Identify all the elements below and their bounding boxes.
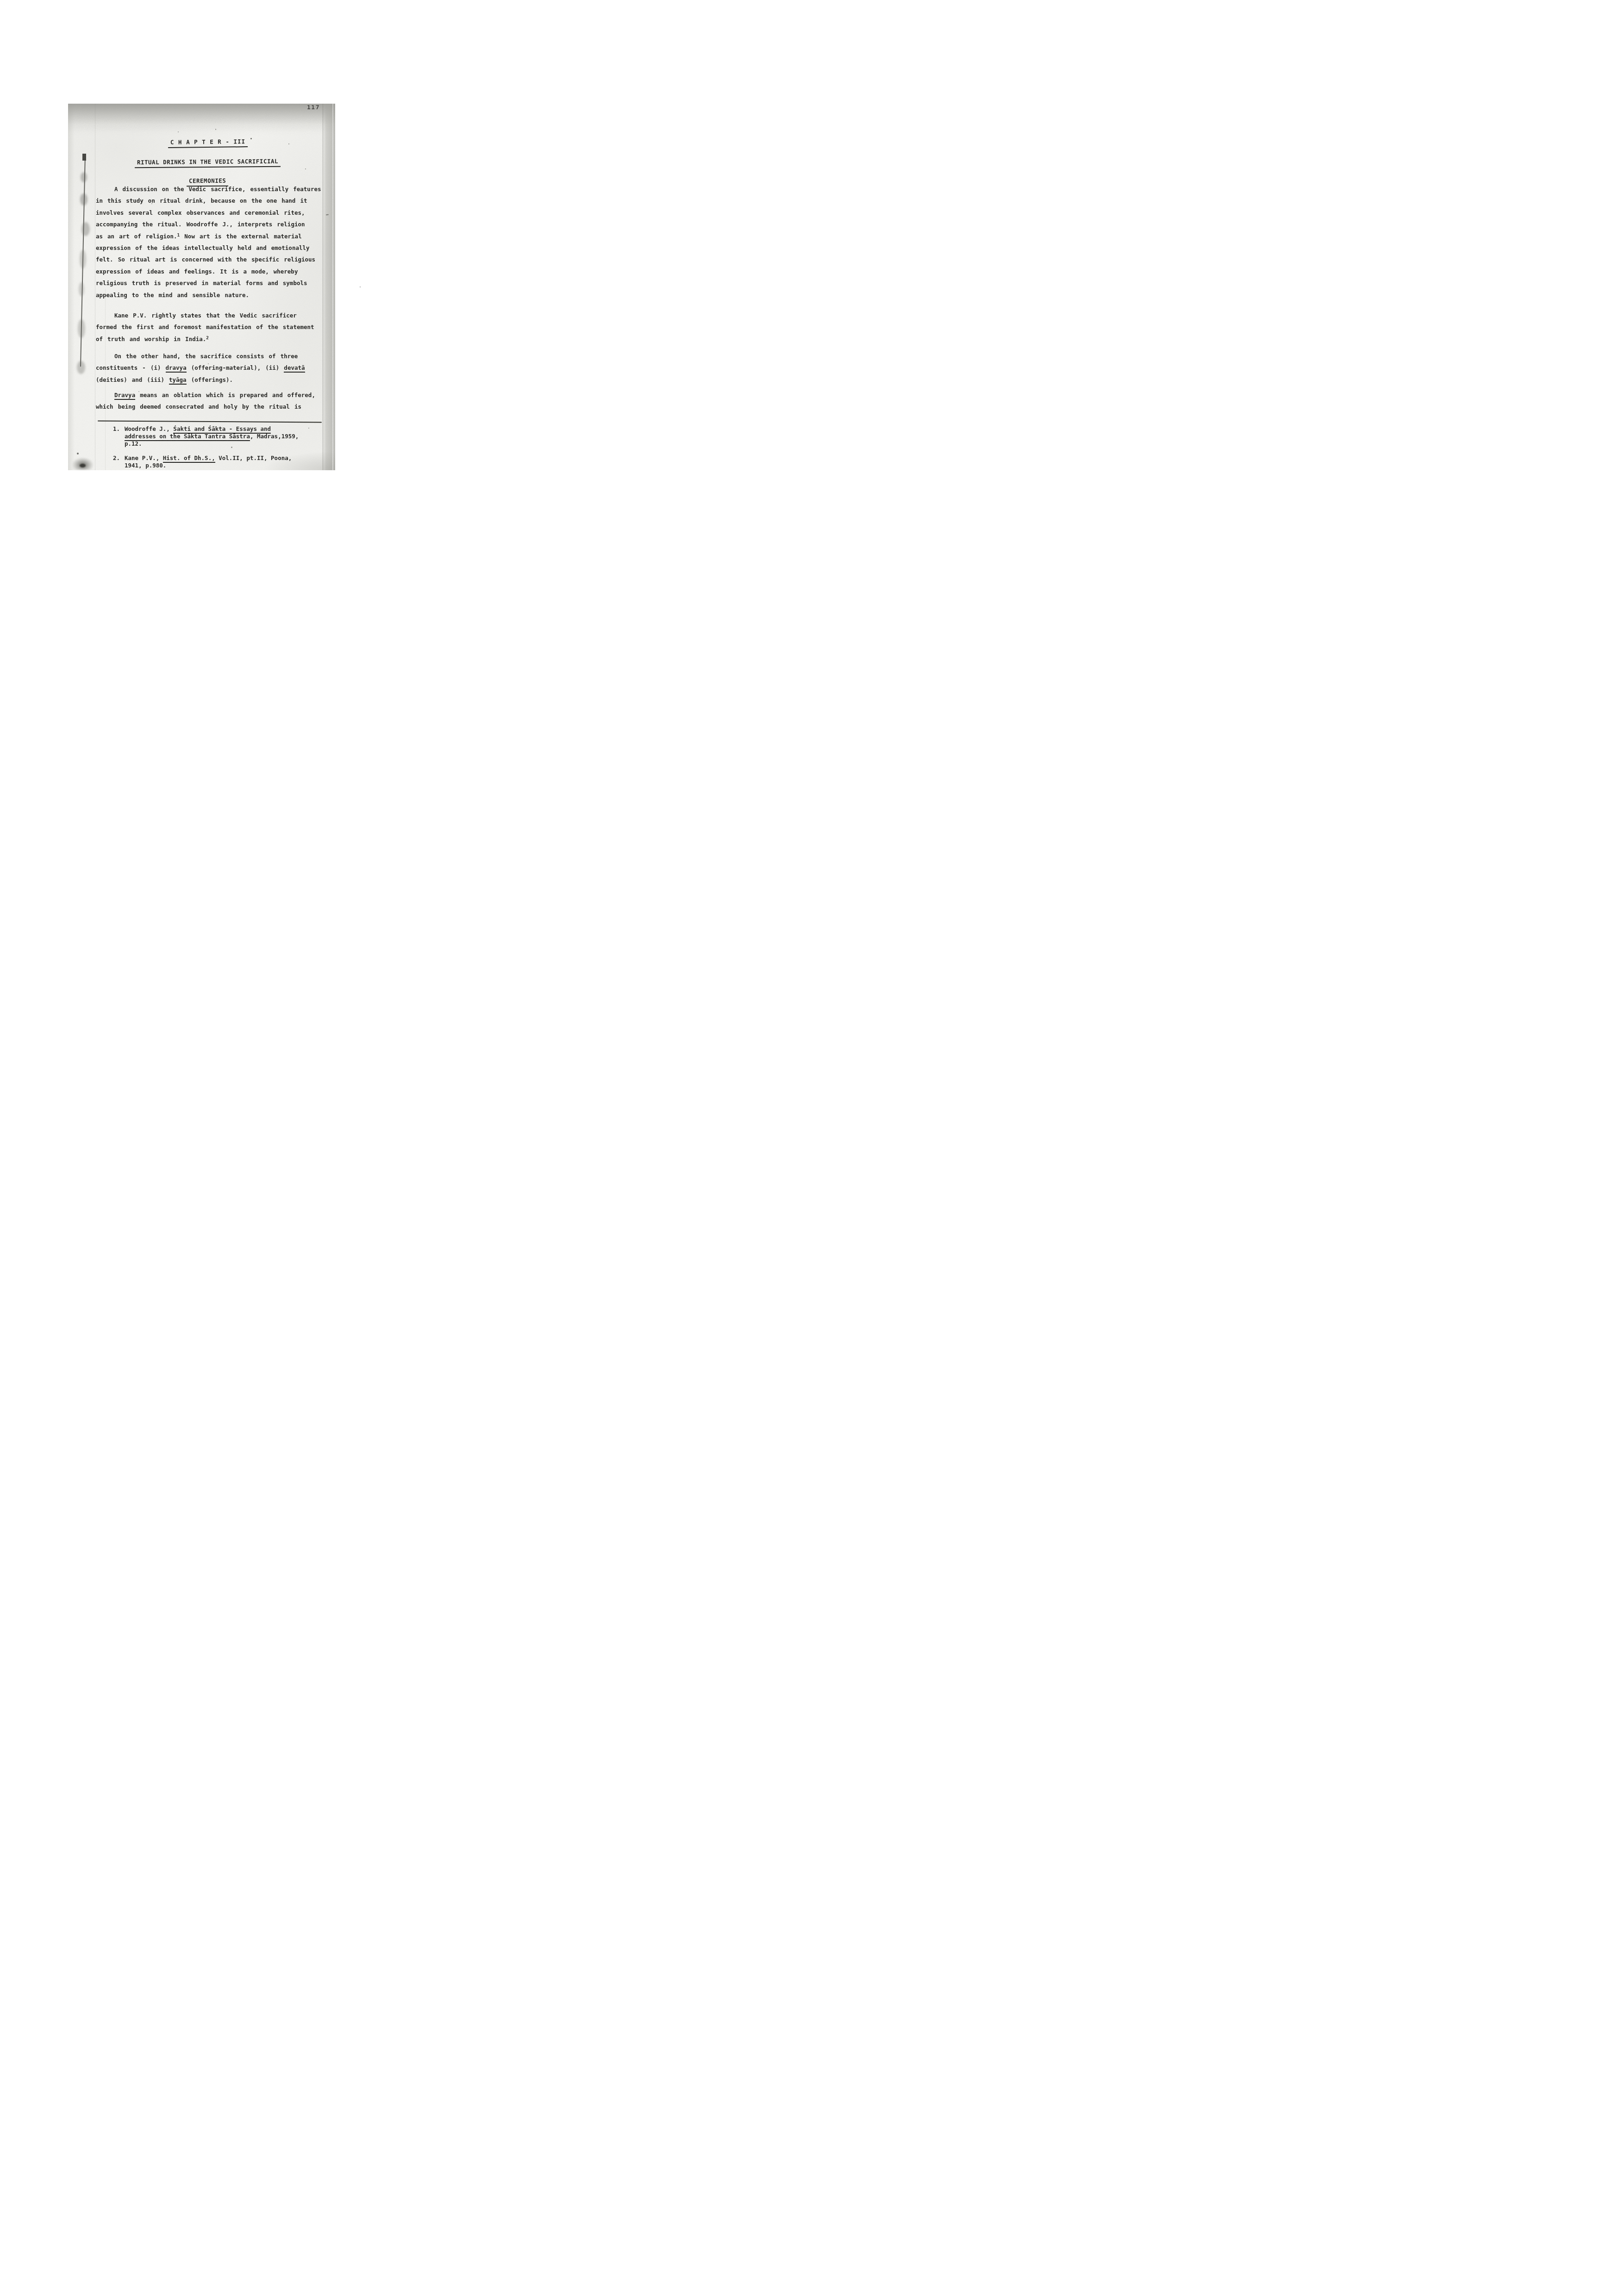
text-segment: (offering-material), (ii) [187,364,284,371]
chapter-heading: C H A P T E R - III [96,138,319,148]
footnote: 2.Kane P.V., Hist. of Dh.S., Vol.II, pt.… [68,454,335,469]
text-line: On the other hand, the sacrifice consist… [96,353,324,364]
underlined-term: dravya [166,364,187,373]
text-segment: accompanying the ritual. Woodroffe J., i… [96,221,305,228]
text-segment: , Madras,1959, [250,433,299,440]
text-segment: as an art of religion. [96,233,177,240]
paragraph: A discussion on the Vedic sacrifice, ess… [96,186,324,303]
scanned-page: 117 C H A P T E R - III RITUAL DRINKS IN… [68,104,335,470]
text-segment: p.12. [125,440,142,447]
text-line: involves several complex observances and… [96,209,324,221]
text-line: accompanying the ritual. Woodroffe J., i… [96,221,324,232]
footnote-line: p.12. [125,440,335,448]
text-line: constituents - (i) dravya (offering-mate… [96,364,324,376]
text-segment: formed the first and foremost manifestat… [96,324,314,330]
text-segment: constituents - (i) [96,364,166,371]
footnote-body: Kane P.V., Hist. of Dh.S., Vol.II, pt.II… [125,454,335,469]
text-segment: A discussion on the Vedic sacrifice, ess… [114,186,321,193]
footnote-number: 1. [113,425,120,432]
text-line: expression of the ideas intellectually h… [96,244,324,256]
underlined-term: addresses on the Śākta Tantra Śāstra [125,433,250,441]
chapter-title: RITUAL DRINKS IN THE VEDIC SACRIFICIAL [96,158,319,168]
text-segment: Woodroffe J., [125,425,173,432]
text-segment: expression of ideas and feelings. It is … [96,268,298,275]
text-segment: (offerings). [187,376,233,383]
text-segment: expression of the ideas intellectually h… [96,244,310,251]
text-line: which being deemed consecrated and holy … [96,403,324,415]
text-segment: felt. So ritual art is concerned with th… [96,256,315,263]
text-line: felt. So ritual art is concerned with th… [96,256,324,268]
text-segment: means an oblation which is prepared and … [135,392,315,398]
text-segment: involves several complex observances and… [96,209,305,216]
text-segment: (deities) and (iii) [96,376,169,383]
chapter-heading-text: C H A P T E R - III [168,138,247,148]
text-line: as an art of religion.1 Now art is the e… [96,233,324,244]
text-segment: which being deemed consecrated and holy … [96,403,301,410]
footnote-line: addresses on the Śākta Tantra Śāstra, Ma… [125,433,335,440]
text-line: A discussion on the Vedic sacrifice, ess… [96,186,324,197]
dust-speck [360,286,361,287]
page-canvas: 117 C H A P T E R - III RITUAL DRINKS IN… [0,0,406,574]
text-line: formed the first and foremost manifestat… [96,324,324,335]
text-segment: appealing to the mind and sensible natur… [96,292,249,299]
paragraph: Dravya means an oblation which is prepar… [96,392,324,415]
underlined-term: tyāga [169,376,187,385]
footnote-line: Kane P.V., Hist. of Dh.S., Vol.II, pt.II… [125,454,335,462]
footnote: 1.Woodroffe J., Śakti and Śākta - Essays… [68,425,335,448]
text-line: Kane P.V. rightly states that the Vedic … [96,312,324,324]
text-line: in this study on ritual drink, because o… [96,197,324,209]
text-line: (deities) and (iii) tyāga (offerings). [96,376,324,388]
text-segment: On the other hand, the sacrifice consist… [114,353,298,360]
text-segment: religious truth is preserved in material… [96,280,307,286]
footnote-reference: 2 [206,336,209,341]
chapter-subtitle: CEREMONIES [96,177,319,187]
page-number: 117 [307,104,320,111]
paragraph: On the other hand, the sacrifice consist… [96,353,324,388]
footnote-line: 1941, p.980. [125,462,335,469]
underlined-term: devatā [284,364,305,373]
text-line: expression of ideas and feelings. It is … [96,268,324,280]
text-segment: Kane P.V., [125,454,163,461]
page-text-layer: 117 C H A P T E R - III RITUAL DRINKS IN… [68,104,335,470]
text-segment: Kane P.V. rightly states that the Vedic … [114,312,297,319]
text-segment: 1941, p.980. [125,462,166,469]
footnote-separator [98,421,322,423]
footnote-number: 2. [113,454,120,461]
paragraph: Kane P.V. rightly states that the Vedic … [96,312,324,347]
chapter-title-text: RITUAL DRINKS IN THE VEDIC SACRIFICIAL [135,158,281,168]
underlined-term: Dravya [114,392,135,400]
footnote-line: Woodroffe J., Śakti and Śākta - Essays a… [125,425,335,433]
text-segment: of truth and worship in India. [96,336,206,342]
underlined-term: Hist. of Dh.S., [163,454,215,463]
footnote-body: Woodroffe J., Śakti and Śākta - Essays a… [125,425,335,448]
text-line: Dravya means an oblation which is prepar… [96,392,324,403]
text-line: appealing to the mind and sensible natur… [96,292,324,303]
text-segment: Vol.II, pt.II, Poona, [215,454,292,461]
text-segment: Now art is the external material [180,233,301,240]
text-line: religious truth is preserved in material… [96,280,324,291]
text-line: of truth and worship in India.2 [96,336,324,347]
text-segment: in this study on ritual drink, because o… [96,197,307,204]
